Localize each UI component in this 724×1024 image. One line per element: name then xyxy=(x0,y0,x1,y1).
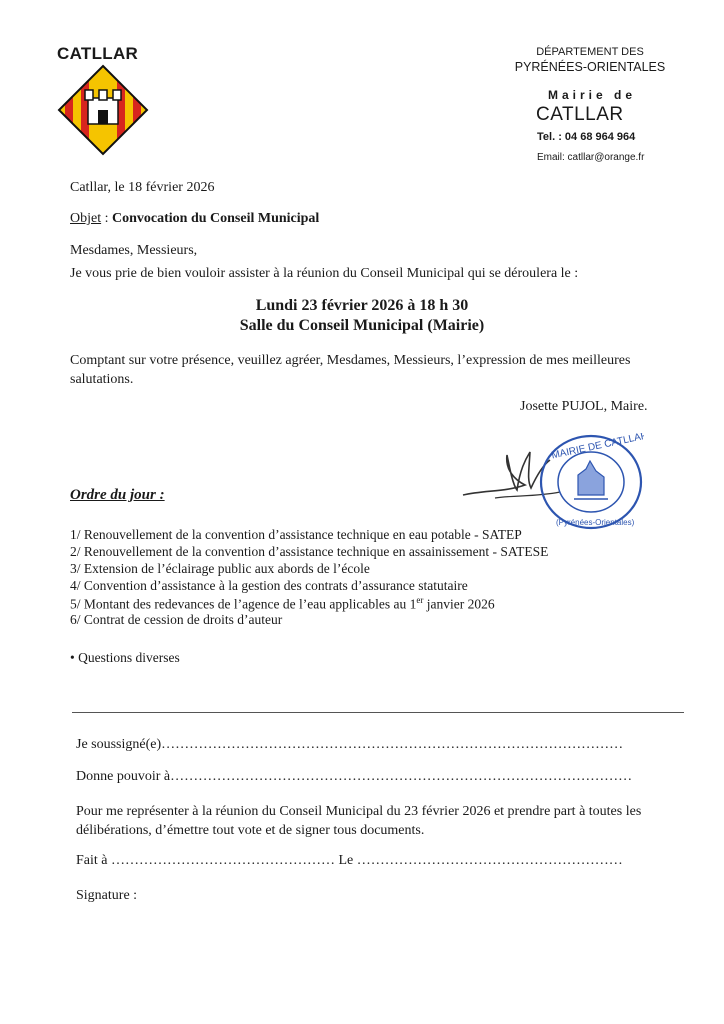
logo-title: CATLLAR xyxy=(57,44,138,64)
agenda-item: 6/ Contrat de cession de droits d’auteur xyxy=(70,612,282,628)
signatory: Josette PUJOL, Maire. xyxy=(520,399,648,415)
town-hall-seal-icon: MAIRIE DE CATLLAR (Pyrénées-Orientales) xyxy=(538,433,644,531)
divider xyxy=(72,712,684,713)
undersigned-field[interactable]: Je soussigné(e)…………………………………………………………………… xyxy=(76,737,623,753)
mairie-name: CATLLAR xyxy=(536,104,624,126)
intro: Je vous prie de bien vouloir assister à … xyxy=(70,266,578,282)
agenda-item5-suffix: janvier 2026 xyxy=(423,597,494,612)
agenda-item: 3/ Extension de l’éclairage public aux a… xyxy=(70,561,370,577)
agenda-item5-text: 5/ Montant des redevances de l’agence de… xyxy=(70,597,416,612)
agenda-title: Ordre du jour : xyxy=(70,487,165,504)
agenda-misc: • Questions diverses xyxy=(70,650,180,666)
agenda-item: 2/ Renouvellement de la convention d’ass… xyxy=(70,544,548,560)
closing: Comptant sur votre présence, veuillez ag… xyxy=(70,351,660,389)
signature-field[interactable]: Signature : xyxy=(76,888,137,904)
telephone: Tel. : 04 68 964 964 xyxy=(537,131,635,143)
department-line2: PYRÉNÉES-ORIENTALES xyxy=(500,60,680,74)
agenda-item: 5/ Montant des redevances de l’agence de… xyxy=(70,595,495,613)
proxy-field[interactable]: Donne pouvoir à…………………………………………………………………… xyxy=(76,769,632,785)
catllar-coat-of-arms-icon xyxy=(57,64,149,156)
meeting-place: Salle du Conseil Municipal (Mairie) xyxy=(0,317,724,335)
place-date-field[interactable]: Fait à ………………………………………… Le …………………………………… xyxy=(76,853,623,869)
agenda-item: 1/ Renouvellement de la convention d’ass… xyxy=(70,527,522,543)
proxy-text: Pour me représenter à la réunion du Cons… xyxy=(76,802,676,840)
letter-date: Catllar, le 18 février 2026 xyxy=(70,180,214,196)
svg-text:(Pyrénées-Orientales): (Pyrénées-Orientales) xyxy=(556,518,635,527)
meeting-date: Lundi 23 février 2026 à 18 h 30 xyxy=(0,297,724,315)
email: Email: catllar@orange.fr xyxy=(537,152,644,163)
subject-label: Objet xyxy=(70,211,101,226)
subject-line: Objet : Convocation du Conseil Municipal xyxy=(70,211,319,227)
greeting: Mesdames, Messieurs, xyxy=(70,243,197,259)
subject-value: Convocation du Conseil Municipal xyxy=(112,211,319,226)
agenda-item: 4/ Convention d’assistance à la gestion … xyxy=(70,578,468,594)
department-line1: Département des xyxy=(500,46,680,58)
subject-separator: : xyxy=(101,211,112,226)
mairie-de: Mairie de xyxy=(548,88,636,102)
